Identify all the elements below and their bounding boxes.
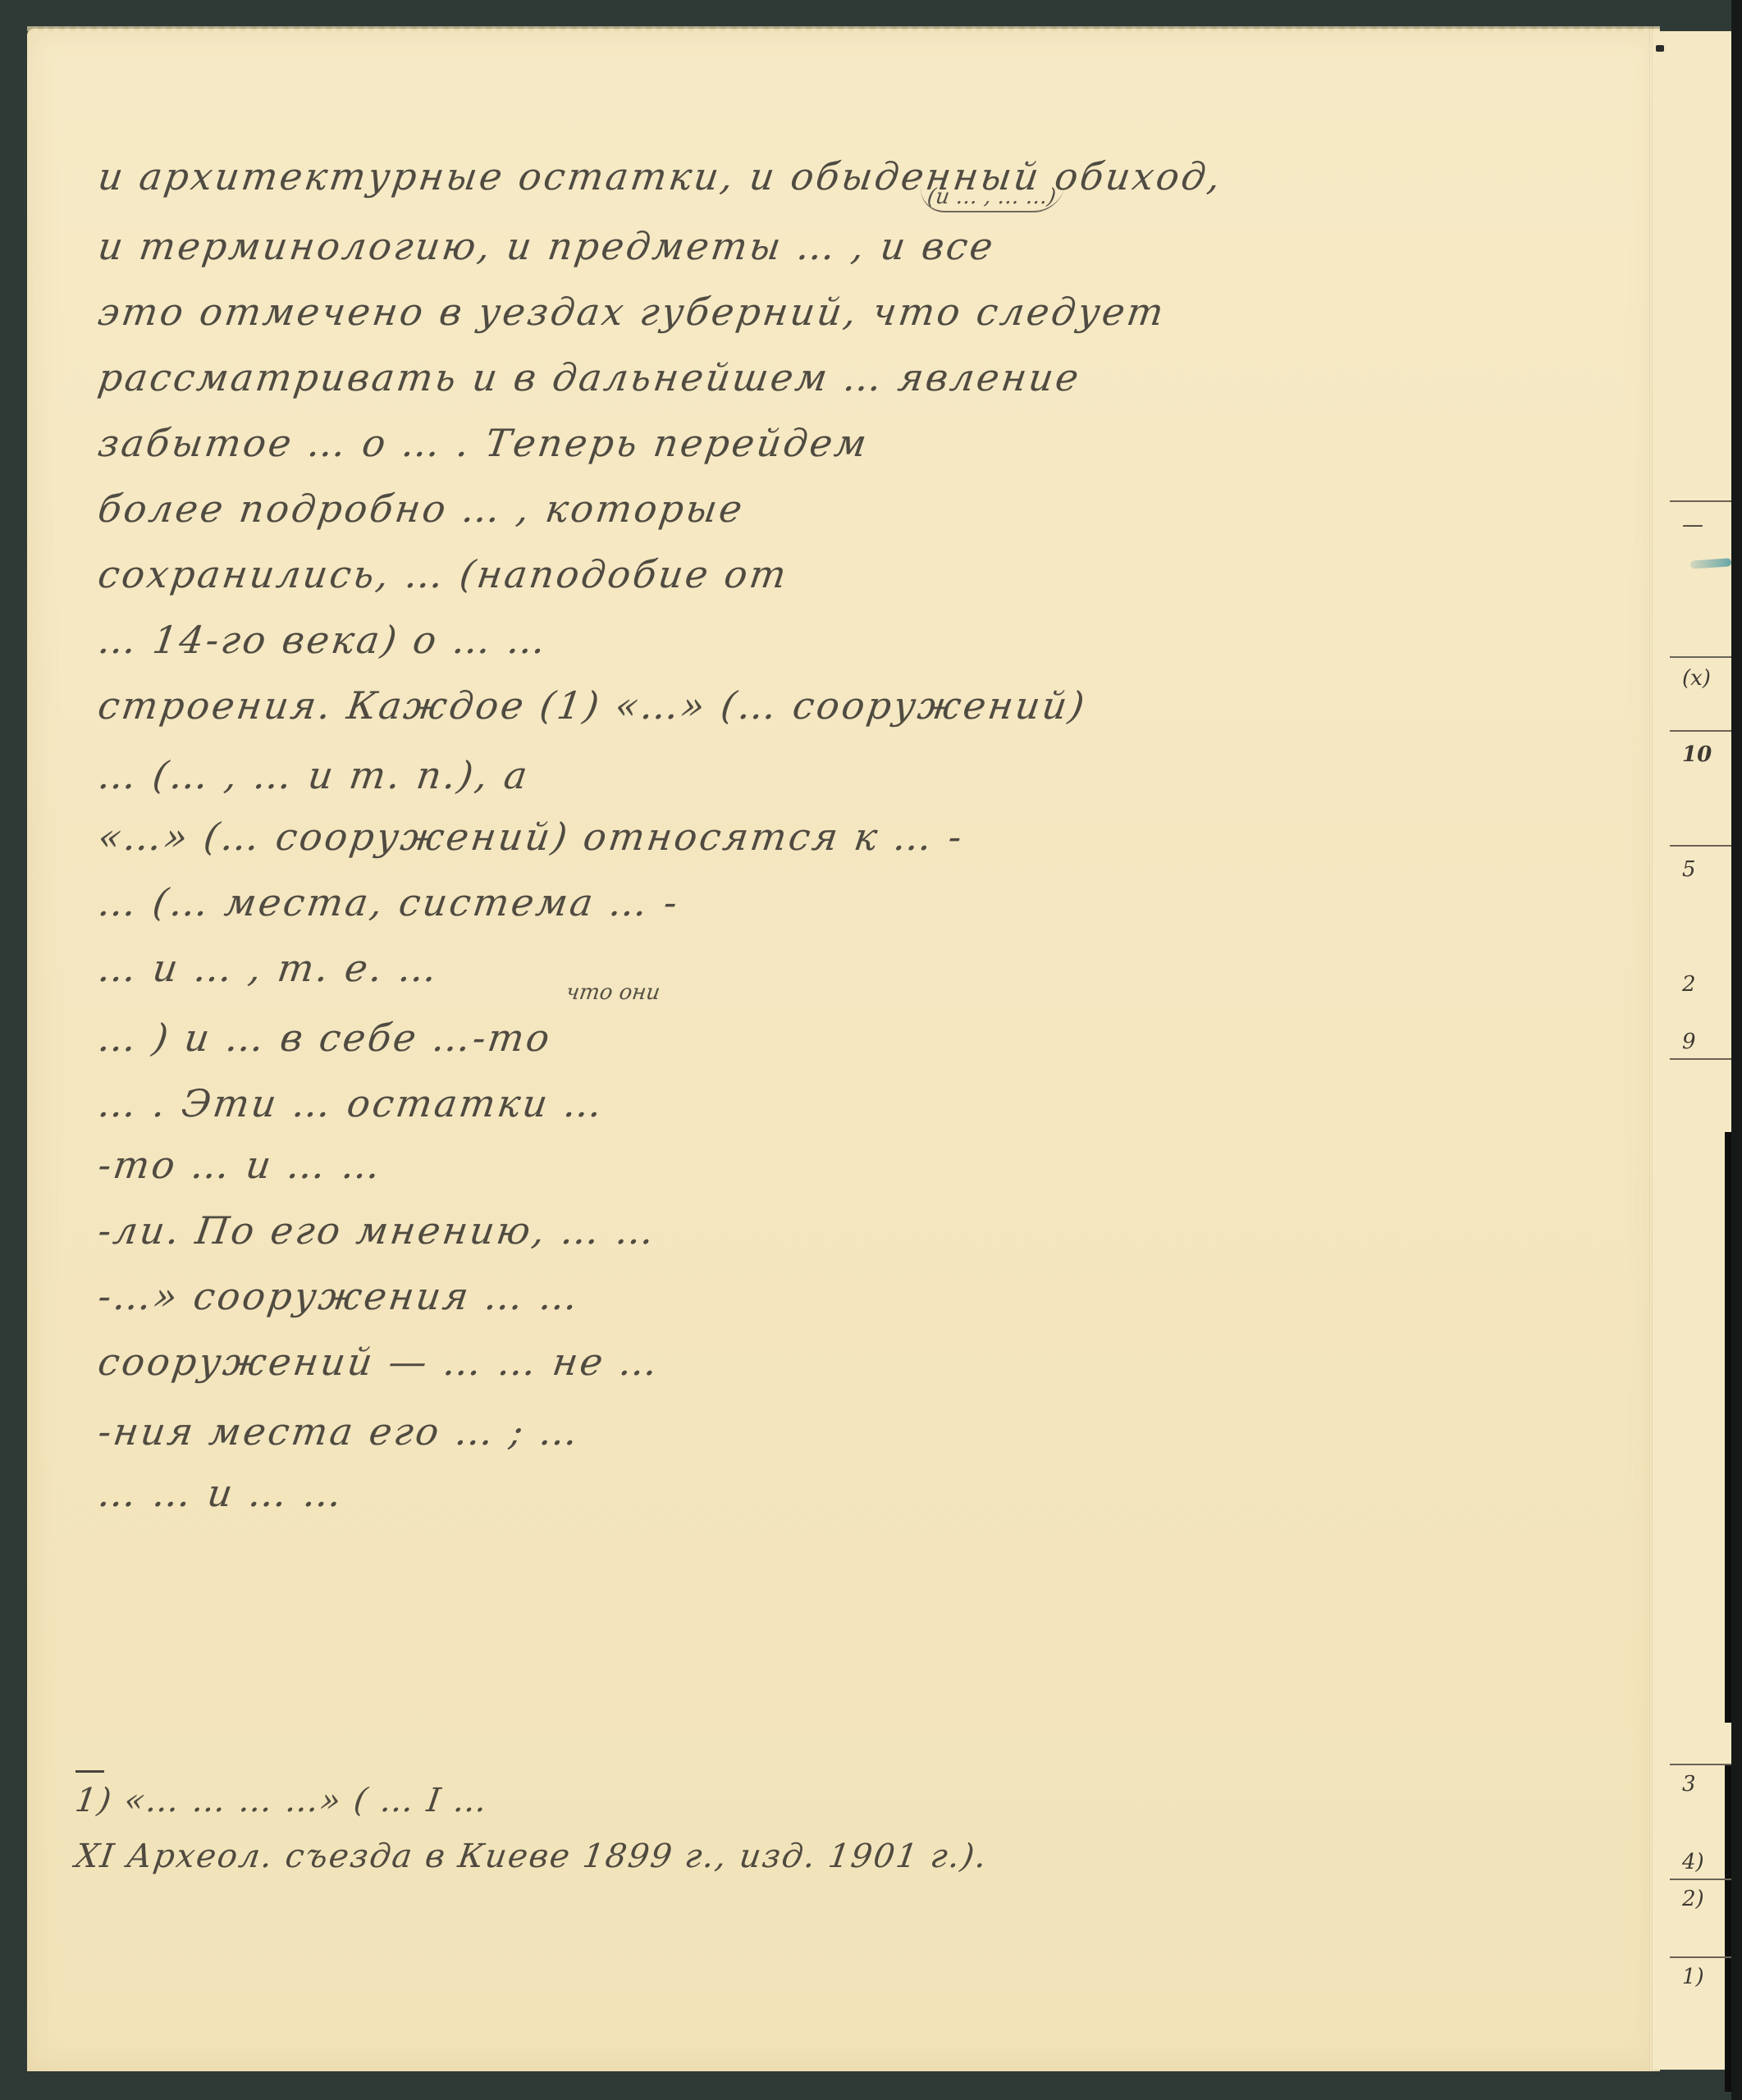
text-line: «…» (… сооружений) относятся к … - [95, 812, 1644, 861]
margin-note: 10 [1682, 742, 1712, 767]
text-line: более подробно … , которые [95, 484, 1644, 533]
text-line: строения. Каждое (1) «…» (… сооружений) [95, 681, 1644, 730]
text-line: … ) и … в себе …-то [95, 1013, 1644, 1062]
margin-note: 2 [1682, 972, 1696, 997]
margin-note: — [1682, 513, 1703, 537]
text-line: … (… места, система … - [95, 878, 1644, 927]
interlinear-insertion: (и … , … …) [917, 185, 1066, 212]
footnote-rule [75, 1770, 104, 1773]
text-line: сохранились, … (наподобие от [95, 550, 1644, 599]
margin-note: 2) [1682, 1887, 1704, 1911]
margin-rule [1670, 845, 1731, 847]
text-line: -ния места его … ; … [95, 1407, 1644, 1456]
margin-rule [1670, 1956, 1731, 1958]
margin-note: 4) [1682, 1850, 1704, 1874]
scan-edge [1731, 0, 1742, 2100]
text-line: -то … и … … [95, 1140, 1644, 1189]
text-line: сооружений — … … не … [95, 1337, 1644, 1386]
margin-note: (x) [1682, 666, 1711, 691]
margin-rule [1670, 1879, 1731, 1880]
text-line: … … и … … [95, 1468, 1644, 1518]
text-line: … (… , … и т. п.), а [95, 751, 1644, 800]
text-line: рассматривать и в дальнейшем … явление [95, 353, 1644, 402]
text-line: … 14-го века) о … … [95, 615, 1644, 664]
footnote-line: XI Археол. съезда в Киеве 1899 г., изд. … [73, 1837, 1637, 1875]
pin-hole-mark [1656, 45, 1664, 52]
footnote-line: 1) «… … … …» ( … I … [73, 1782, 1637, 1819]
margin-note: 1) [1682, 1965, 1704, 1989]
text-line: и архитектурные остатки, и обыденный оби… [95, 152, 1644, 201]
margin-rule [1670, 730, 1731, 732]
text-line: забытое … о … . Теперь перейдем [95, 418, 1644, 468]
margin-note: 9 [1682, 1029, 1696, 1054]
torn-top-edge [27, 26, 1660, 31]
margin-rule [1670, 500, 1731, 502]
scan-edge-bar [1725, 1764, 1731, 2092]
text-line: это отмечено в уездах губерний, что след… [95, 287, 1644, 336]
scan-edge-bar [1725, 1132, 1731, 1723]
text-line: … и … , т. е. … [95, 943, 1644, 993]
text-line: -…» сооружения … … [95, 1271, 1644, 1321]
interlinear-insertion: что они [565, 980, 661, 1005]
margin-rule [1670, 656, 1731, 658]
text-line: и терминологию, и предметы … , и все [95, 221, 1644, 271]
margin-note: 3 [1682, 1772, 1696, 1796]
margin-rule [1670, 1764, 1731, 1765]
text-line: -ли. По его мнению, … … [95, 1206, 1644, 1255]
text-line: … . Эти … остатки … [95, 1079, 1644, 1128]
margin-rule [1670, 1058, 1731, 1060]
margin-note: 5 [1682, 857, 1696, 882]
